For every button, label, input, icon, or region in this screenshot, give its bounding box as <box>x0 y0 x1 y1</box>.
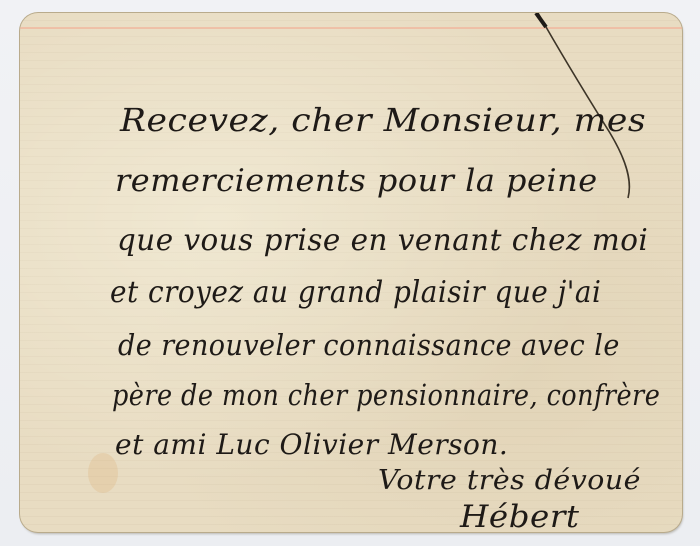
letter-closing: Votre très dévoué <box>378 465 641 496</box>
letter-line-7: et ami Luc Olivier Merson. <box>115 428 508 461</box>
letter-line-2: remerciements pour la peine <box>115 163 598 199</box>
letter-line-6: père de mon cher pensionnaire, confrère <box>112 378 660 412</box>
letter-line-1: Recevez, cher Monsieur, mes <box>120 101 646 139</box>
letter-line-3: que vous prise en venant chez moi <box>117 223 648 258</box>
letter-card: Recevez, cher Monsieur, mes remerciement… <box>20 13 682 532</box>
letter-signature: Hébert <box>460 499 580 532</box>
scanned-page: Recevez, cher Monsieur, mes remerciement… <box>0 0 700 546</box>
letter-line-4: et croyez au grand plaisir que j'ai <box>110 275 601 310</box>
paper-stain <box>88 453 118 493</box>
red-ruled-line <box>20 27 682 29</box>
letter-line-5: de renouveler connaissance avec le <box>118 328 620 362</box>
